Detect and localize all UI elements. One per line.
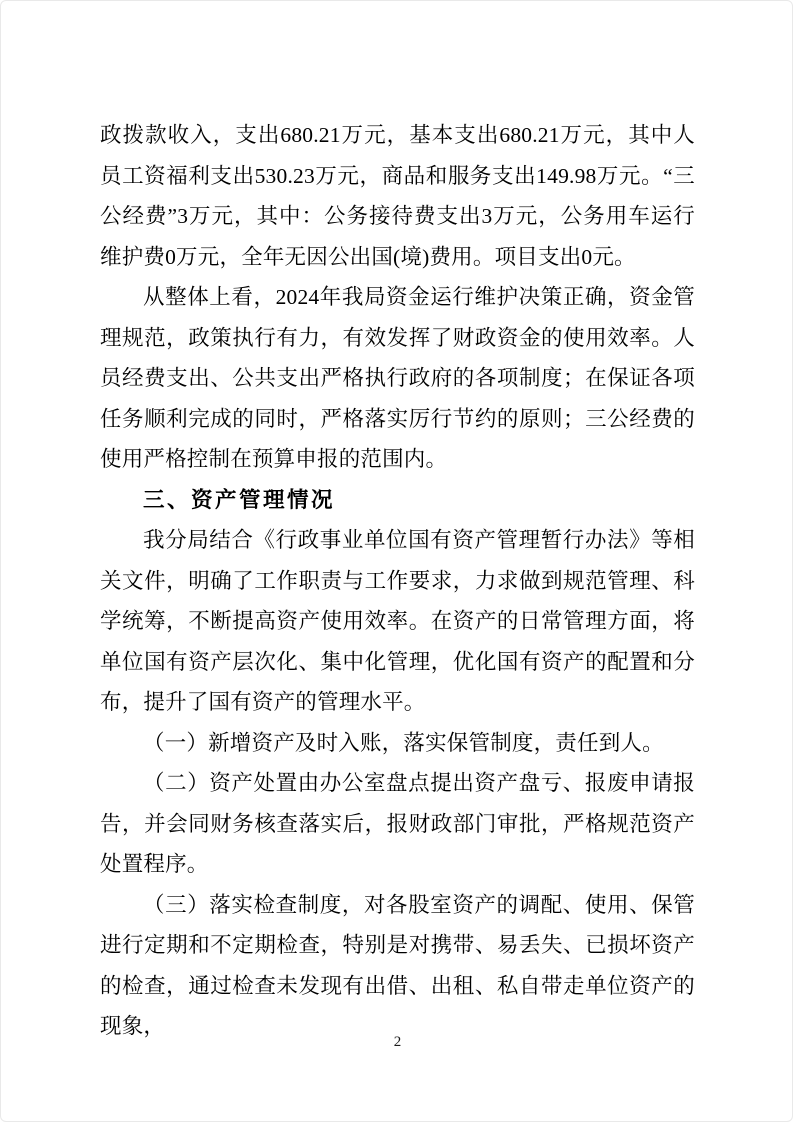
document-body: 政拨款收入，支出680.21万元，基本支出680.21万元，其中人员工资福利支出… xyxy=(100,115,695,1047)
paragraph: 我分局结合《行政事业单位国有资产管理暂行办法》等相关文件，明确了工作职责与工作要… xyxy=(100,520,695,723)
page-footer: 2 xyxy=(1,1033,793,1051)
page-number: 2 xyxy=(394,1034,402,1050)
paragraph: （一）新增资产及时入账，落实保管制度，责任到人。 xyxy=(100,723,695,764)
paragraph: 政拨款收入，支出680.21万元，基本支出680.21万元，其中人员工资福利支出… xyxy=(100,115,695,277)
paragraph: （二）资产处置由办公室盘点提出资产盘亏、报废申请报告，并会同财务核查落实后，报财… xyxy=(100,763,695,885)
paragraph: （三）落实检查制度，对各股室资产的调配、使用、保管进行定期和不定期检查，特别是对… xyxy=(100,885,695,1047)
document-page: 政拨款收入，支出680.21万元，基本支出680.21万元，其中人员工资福利支出… xyxy=(0,0,793,1122)
paragraph: 从整体上看，2024年我局资金运行维护决策正确，资金管理规范，政策执行有力，有效… xyxy=(100,277,695,480)
section-heading: 三、资产管理情况 xyxy=(100,480,695,521)
